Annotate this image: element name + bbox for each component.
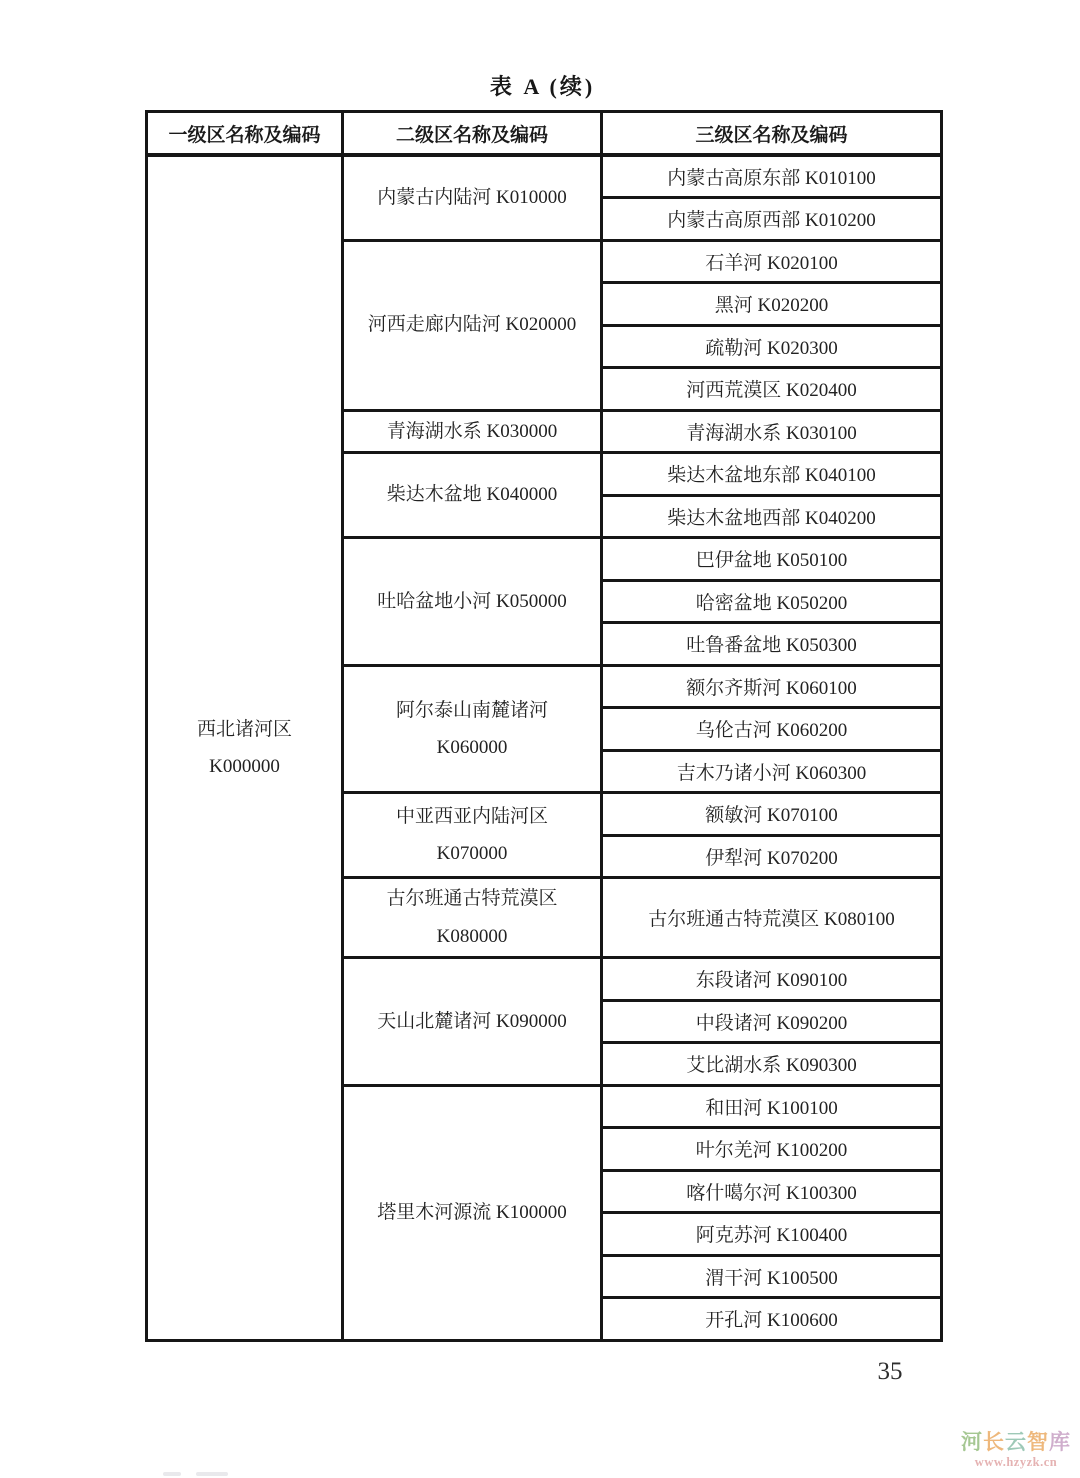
level3-cell: 额敏河 K070100 [602, 793, 942, 836]
watermark-char: 河 [961, 1430, 983, 1454]
level3-cell: 艾比湖水系 K090300 [602, 1043, 942, 1086]
page-number: 35 [845, 1358, 935, 1386]
level3-cell: 叶尔羌河 K100200 [602, 1128, 942, 1171]
level3-cell: 河西荒漠区 K020400 [602, 368, 942, 411]
table-row: 西北诸河区K000000内蒙古内陆河 K010000内蒙古高原东部 K01010… [147, 155, 942, 198]
level1-cell: 西北诸河区K000000 [147, 155, 343, 1340]
level3-cell: 内蒙古高原东部 K010100 [602, 155, 942, 198]
level3-cell: 柴达木盆地东部 K040100 [602, 453, 942, 496]
level2-cell: 塔里木河源流 K100000 [343, 1085, 602, 1340]
level3-cell: 乌伦古河 K060200 [602, 708, 942, 751]
level3-cell: 巴伊盆地 K050100 [602, 538, 942, 581]
level2-cell: 河西走廊内陆河 K020000 [343, 240, 602, 410]
watermark-char: 云 [1005, 1430, 1027, 1454]
watermark-brand: 河长云智库 [952, 1432, 1080, 1453]
header-level3: 三级区名称及编码 [602, 112, 942, 156]
level2-cell: 阿尔泰山南麓诸河K060000 [343, 665, 602, 793]
level3-cell: 喀什噶尔河 K100300 [602, 1170, 942, 1213]
header-level2: 二级区名称及编码 [343, 112, 602, 156]
level3-cell: 石羊河 K020100 [602, 240, 942, 283]
table-body: 西北诸河区K000000内蒙古内陆河 K010000内蒙古高原东部 K01010… [147, 155, 942, 1340]
watermark-char: 智 [1027, 1430, 1049, 1454]
level2-cell: 柴达木盆地 K040000 [343, 453, 602, 538]
level2-cell: 中亚西亚内陆河区K070000 [343, 793, 602, 878]
scan-artifact [196, 1472, 228, 1476]
table-header-row: 一级区名称及编码 二级区名称及编码 三级区名称及编码 [147, 112, 942, 156]
level3-cell: 阿克苏河 K100400 [602, 1213, 942, 1256]
level3-cell: 和田河 K100100 [602, 1085, 942, 1128]
level3-cell: 伊犁河 K070200 [602, 835, 942, 878]
level2-cell: 天山北麓诸河 K090000 [343, 958, 602, 1086]
page-title: 表 A (续) [145, 70, 940, 101]
level3-cell: 青海湖水系 K030100 [602, 410, 942, 453]
level3-cell: 中段诸河 K090200 [602, 1000, 942, 1043]
watermark: 河长云智库 www.hzyzk.cn [952, 1432, 1080, 1469]
level2-cell: 吐哈盆地小河 K050000 [343, 538, 602, 666]
scan-artifact [163, 1472, 181, 1476]
level2-cell: 古尔班通古特荒漠区K080000 [343, 878, 602, 958]
header-level1: 一级区名称及编码 [147, 112, 343, 156]
level3-cell: 渭干河 K100500 [602, 1255, 942, 1298]
level3-cell: 额尔齐斯河 K060100 [602, 665, 942, 708]
level3-cell: 开孔河 K100600 [602, 1298, 942, 1341]
level3-cell: 吐鲁番盆地 K050300 [602, 623, 942, 666]
level3-cell: 内蒙古高原西部 K010200 [602, 198, 942, 241]
level3-cell: 柴达木盆地西部 K040200 [602, 495, 942, 538]
level2-cell: 青海湖水系 K030000 [343, 410, 602, 453]
watermark-char: 库 [1049, 1430, 1071, 1454]
level3-cell: 黑河 K020200 [602, 283, 942, 326]
level3-cell: 古尔班通古特荒漠区 K080100 [602, 878, 942, 958]
level3-cell: 东段诸河 K090100 [602, 958, 942, 1001]
level3-cell: 疏勒河 K020300 [602, 325, 942, 368]
watermark-char: 长 [983, 1430, 1005, 1454]
level2-cell: 内蒙古内陆河 K010000 [343, 155, 602, 240]
level3-cell: 吉木乃诸小河 K060300 [602, 750, 942, 793]
region-code-table: 一级区名称及编码 二级区名称及编码 三级区名称及编码 西北诸河区K000000内… [145, 110, 943, 1342]
level3-cell: 哈密盆地 K050200 [602, 580, 942, 623]
watermark-url: www.hzyzk.cn [952, 1456, 1080, 1469]
